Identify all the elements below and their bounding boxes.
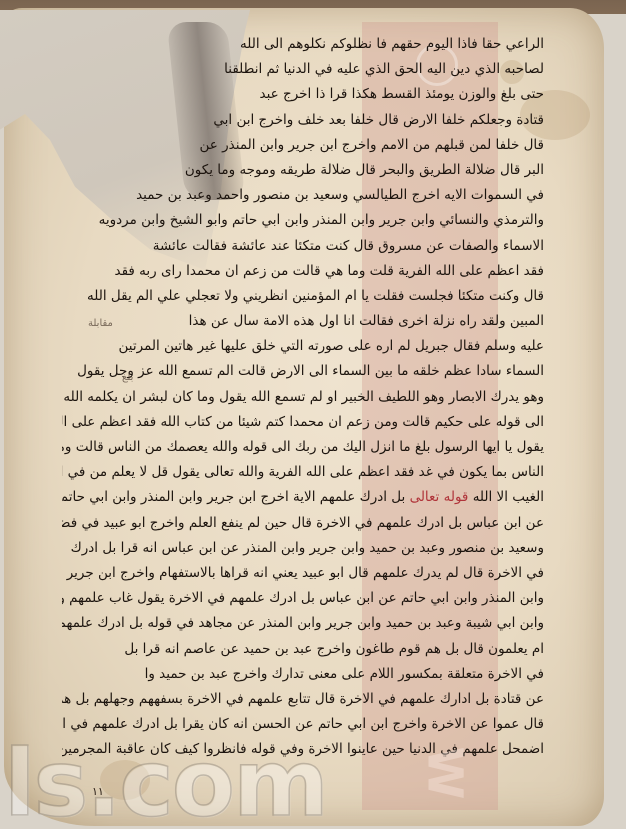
text-line: في الاخرة متعلقة بمكسور اللام على معنى ت…	[62, 662, 544, 687]
text-line: قال خلفا لمن قبلهم من الامم واخرج ابن جر…	[62, 133, 544, 158]
text-line: ام يعلمون قال بل هم قوم طاغون واخرج عبد …	[62, 637, 544, 662]
text-line: قال وكنت متكئا فجلست فقلت يا ام المؤمنين…	[62, 284, 544, 309]
text-line: الاسماء والصفات عن مسروق قال كنت متكئا ع…	[62, 234, 544, 259]
margin-note: بلغ	[122, 372, 133, 383]
text-line: السماء سادا عظم خلقه ما بين السماء الى ا…	[62, 359, 544, 384]
manuscript-text: الراعي حقا فاذا اليوم حقهم فا نظلوكم نكل…	[62, 32, 544, 762]
text-line: عن ابن عباس بل ادرك علمهم في الاخرة قال …	[62, 511, 544, 536]
text-line: البر قال ضلالة الطريق والبحر قال ضلالة ط…	[62, 158, 544, 183]
text-line: فقد اعظم على الله الفرية قلت وما هي قالت…	[62, 259, 544, 284]
text-line: المبين ولقد راه نزلة اخرى فقالت انا اول …	[62, 309, 544, 334]
manuscript-photo: الراعي حقا فاذا اليوم حقهم فا نظلوكم نكل…	[0, 0, 626, 829]
text-line: لصاحبه الذي دين اليه الحق الذي عليه في ا…	[62, 57, 544, 82]
rubric-heading: قوله تعالى	[410, 489, 469, 505]
text-line: وابن ابي شيبة وعبد بن حميد وابن جرير واب…	[62, 611, 544, 636]
text-line: قتادة وجعلكم خلفا الارض قال خلفا بعد خلف…	[62, 108, 544, 133]
text-line: يقول يا ايها الرسول بلغ ما انزل اليك من …	[62, 435, 544, 460]
text-line: في السموات الايه اخرج الطيالسي وسعيد بن …	[62, 183, 544, 208]
text-segment: الغيب الا الله	[473, 489, 544, 505]
text-line: الناس بما يكون في غد فقد اعظم على الله ا…	[62, 460, 544, 485]
text-line: وسعيد بن منصور وعبد بن حميد وابن جرير وا…	[62, 536, 544, 561]
text-line: الى قوله على حكيم قالت ومن زعم ان محمدا …	[62, 410, 544, 435]
watermark-text: ls.com	[4, 730, 327, 829]
watermark-logo-icon: W	[416, 747, 472, 800]
margin-note: مقابلة	[88, 318, 113, 329]
rubric-line: الغيب الا الله قوله تعالى بل ادرك علمهم …	[62, 485, 544, 510]
text-segment: بل ادرك علمهم الاية اخرج ابن جرير وابن ا…	[62, 489, 405, 505]
text-line: حتى بلغ والوزن يومئذ القسط هكذا قرا ذا ا…	[62, 82, 544, 107]
text-line: عن قتادة بل ادارك علمهم في الاخرة قال تت…	[62, 687, 544, 712]
text-line: في الاخرة قال لم يدرك علمهم قال ابو عبيد…	[62, 561, 544, 586]
text-line: والترمذي والنسائي وابن جرير وابن المنذر …	[62, 208, 544, 233]
text-line: وابن المنذر وابن ابي حاتم عن ابن عباس بل…	[62, 586, 544, 611]
text-line: عليه وسلم فقال جبريل لم اره على صورته ال…	[62, 334, 544, 359]
text-line: وهو يدرك الابصار وهو اللطيف الخبير او لم…	[62, 385, 544, 410]
text-line: الراعي حقا فاذا اليوم حقهم فا نظلوكم نكل…	[62, 32, 544, 57]
